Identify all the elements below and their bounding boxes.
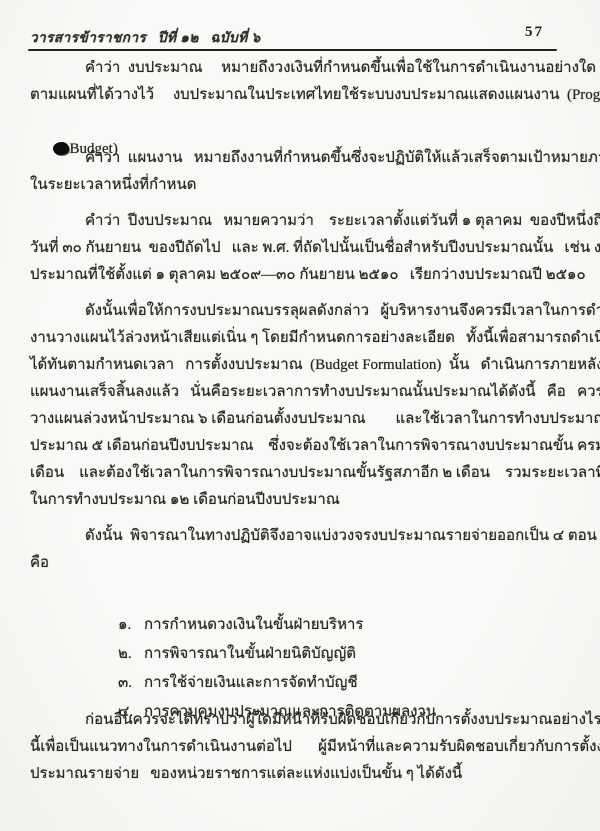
- document-body: คำว่า งบประมาณ หมายถึงวงเงินที่กำหนดขึ้น…: [30, 55, 560, 788]
- text-line: Budget): [30, 109, 560, 136]
- text-line: ประมาณรายจ่าย ของหน่วยราชการแต่ละแห่งแบ่…: [30, 761, 560, 788]
- scanned-document-page: วารสารข้าราชการ ปีที่ ๑๒ ฉบับที่ ๖ 57 คำ…: [0, 0, 600, 831]
- text-line: ในการทำงบประมาณ ๑๒ เดือนก่อนปีงบประมาณ: [30, 487, 560, 514]
- header-rule: [28, 49, 557, 51]
- text-line: ดังนั้น พิจารณาในทางปฏิบัติจึงอาจแบ่งวงจ…: [30, 523, 560, 550]
- text-line: คือ: [30, 550, 560, 577]
- page-number: 57: [525, 24, 544, 41]
- budget-cycle-list: ๑.การกำหนดวงเงินในขั้นฝ่ายบริหาร ๒.การพิ…: [30, 582, 560, 698]
- journal-title: วารสารข้าราชการ ปีที่ ๑๒ ฉบับที่ ๖: [30, 26, 261, 48]
- text-line: คำว่า ปีงบประมาณ หมายความว่า ระยะเวลาตั้…: [30, 208, 560, 235]
- text-line: เดือน และต้องใช้เวลาในการพิจารณางบประมาณ…: [30, 460, 560, 487]
- list-item-number: ๒.: [118, 640, 144, 669]
- list-item-label: การใช้จ่ายเงินและการจัดทำบัญชี: [144, 675, 358, 691]
- text-line: วันที่ ๓๐ กันยายน ของปีถัดไป และ พ.ศ. ที…: [30, 235, 560, 262]
- text-line: ดังนั้นเพื่อให้การงบประมาณบรรลุผลดังกล่า…: [30, 298, 560, 325]
- list-item-number: ๑.: [118, 611, 144, 640]
- text-line: ประมาณที่ใช้ตั้งแต่ ๑ ตุลาคม ๒๕๐๙—๓๐ กัน…: [30, 262, 560, 289]
- text-line: แผนงานเสร็จสิ้นลงแล้ว นั่นคือระยะเวลาการ…: [30, 379, 560, 406]
- text-line: ในระยะเวลาหนึ่งที่กำหนด: [30, 172, 560, 199]
- list-item-label: การพิจารณาในขั้นฝ่ายนิติบัญญัติ: [144, 646, 356, 662]
- text-line: ก่อนอื่นควรจะได้ทราบว่าผู้ใดมีหน้าที่รับ…: [30, 707, 560, 734]
- page-header: วารสารข้าราชการ ปีที่ ๑๒ ฉบับที่ ๖ 57: [30, 24, 566, 46]
- list-item: ๑.การกำหนดวงเงินในขั้นฝ่ายบริหาร: [30, 582, 560, 611]
- ink-blot-icon: [53, 142, 69, 155]
- list-item-label: การกำหนดวงเงินในขั้นฝ่ายบริหาร: [144, 617, 363, 633]
- text-line: ตามแผนที่ได้วางไว้ งบประมาณในประเทศไทยใช…: [30, 82, 560, 109]
- text-line: วางแผนล่วงหน้าประมาณ ๖ เดือนก่อนตั้งงบปร…: [30, 406, 560, 433]
- text-line: คำว่า แผนงาน หมายถึงงานที่กำหนดขึ้นซึ่งจ…: [30, 145, 560, 172]
- text-line: ประมาณ ๕ เดือนก่อนปีงบประมาณ ซึ่งจะต้องใ…: [30, 433, 560, 460]
- text-line: งานวางแผนไว้ล่วงหน้าเสียแต่เนิ่น ๆ โดยมี…: [30, 325, 560, 352]
- text-line: ได้ทันตามกำหนดเวลา การตั้งงบประมาณ (Budg…: [30, 352, 560, 379]
- text-line: คำว่า งบประมาณ หมายถึงวงเงินที่กำหนดขึ้น…: [30, 55, 560, 82]
- list-item-number: ๓.: [118, 669, 144, 698]
- text-line: นี้เพื่อเป็นแนวทางในการดำเนินงานต่อไป ผู…: [30, 734, 560, 761]
